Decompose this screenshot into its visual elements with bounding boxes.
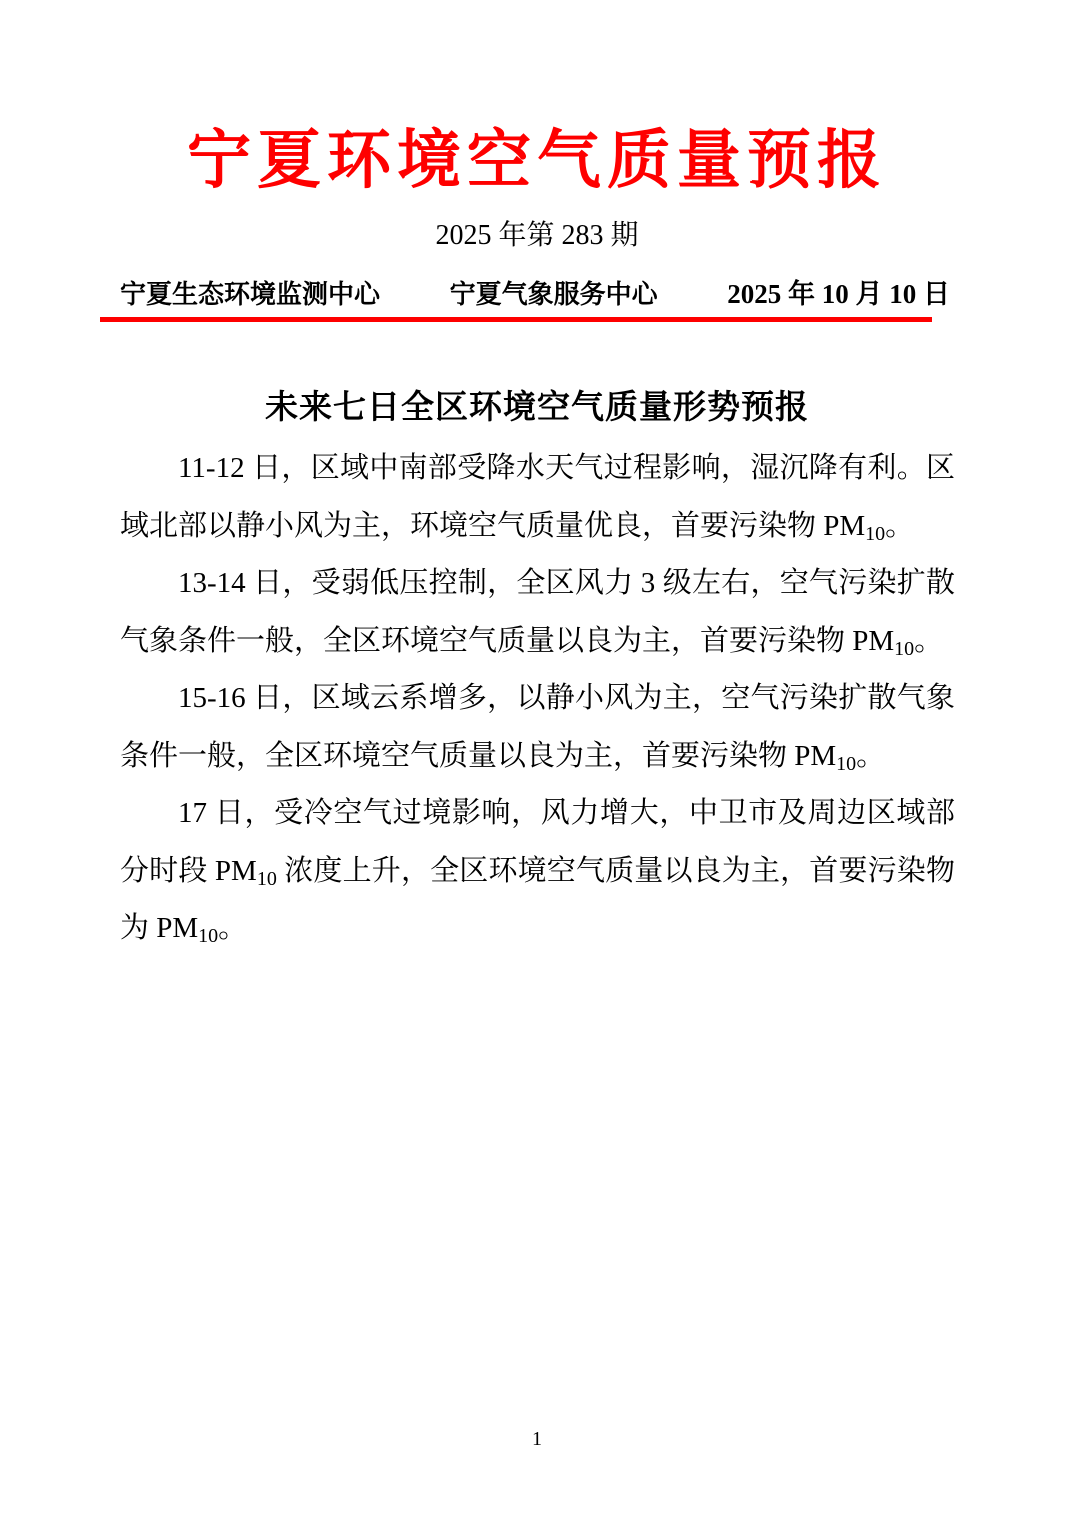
forecast-paragraph-3: 15-16 日，区域云系增多，以静小风为主，空气污染扩散气象条件一般，全区环境空…: [120, 670, 955, 785]
forecast-paragraph-2: 13-14 日，受弱低压控制，全区风力 3 级左右，空气污染扩散气象条件一般，全…: [120, 555, 955, 670]
pm10-subscript: 10: [836, 753, 856, 775]
org-meteorological-center: 宁夏气象服务中心: [450, 278, 658, 310]
issue-date: 2025 年 10 月 10 日: [727, 278, 950, 310]
red-divider: [100, 317, 932, 322]
issuing-organizations-row: 宁夏生态环境监测中心 宁夏气象服务中心 2025 年 10 月 10 日: [120, 278, 950, 310]
document-title: 宁夏环境空气质量预报: [0, 0, 1074, 206]
document-page: 宁夏环境空气质量预报 2025 年第 283 期 宁夏生态环境监测中心 宁夏气象…: [0, 0, 1074, 1520]
forecast-paragraph-4: 17 日，受冷空气过境影响，风力增大，中卫市及周边区域部分时段 PM10 浓度上…: [120, 785, 955, 958]
pm10-subscript: 10: [865, 523, 885, 545]
pm10-subscript: 10: [894, 638, 914, 660]
forecast-paragraph-1: 11-12 日，区域中南部受降水天气过程影响，湿沉降有利。区域北部以静小风为主，…: [120, 440, 955, 555]
pm10-subscript: 10: [198, 925, 218, 947]
org-monitoring-center: 宁夏生态环境监测中心: [120, 278, 380, 310]
issue-number: 2025 年第 283 期: [0, 218, 1074, 254]
pm10-subscript: 10: [257, 868, 277, 890]
page-number: 1: [0, 1428, 1074, 1451]
section-heading: 未来七日全区环境空气质量形势预报: [0, 384, 1074, 430]
forecast-paragraphs: 11-12 日，区域中南部受降水天气过程影响，湿沉降有利。区域北部以静小风为主，…: [120, 440, 955, 958]
